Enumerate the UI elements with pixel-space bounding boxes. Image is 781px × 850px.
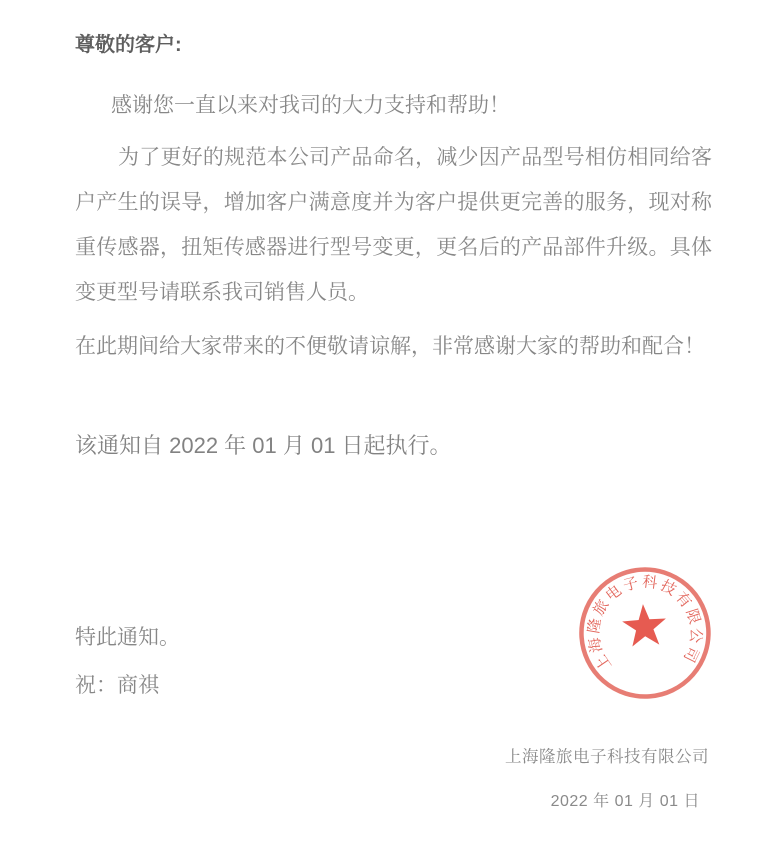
paragraph-effective-date: 该通知自 2022 年 01 月 01 日起执行。: [75, 423, 452, 468]
signature-date: 2022 年 01 月 01 日: [551, 791, 700, 813]
paragraph-apology: 在此期间给大家带来的不便敬请谅解，非常感谢大家的帮助和配合！: [75, 324, 735, 369]
paragraph-body: 为了更好的规范本公司产品命名，减少因产品型号相仿相同给客户产生的误导，增加客户满…: [75, 135, 712, 315]
star-icon: [621, 603, 668, 648]
salutation: 尊敬的客户:: [75, 30, 182, 60]
notice-document: 尊敬的客户: 感谢您一直以来对我司的大力支持和帮助！ 为了更好的规范本公司产品命…: [0, 0, 781, 850]
closing-notice: 特此通知。: [75, 615, 180, 660]
paragraph-thanks: 感谢您一直以来对我司的大力支持和帮助！: [75, 83, 715, 128]
closing-wish: 祝：商祺: [75, 663, 159, 708]
signature-company: 上海隆旅电子科技有限公司: [505, 746, 709, 768]
company-seal: 上海隆旅电子科技有限公司: [572, 560, 718, 706]
